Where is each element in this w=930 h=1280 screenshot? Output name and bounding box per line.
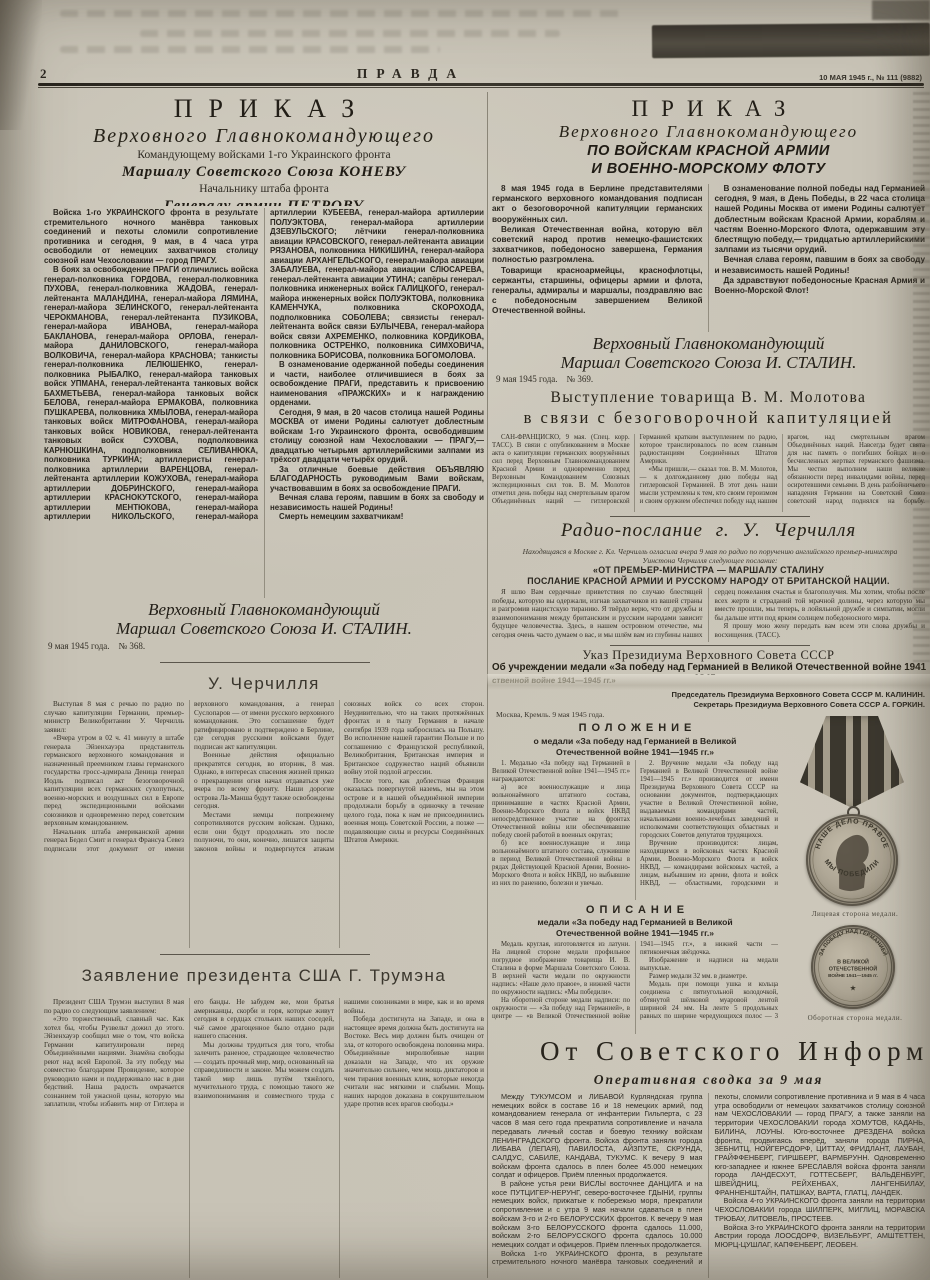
- paragraph: В ознаменование одержанной победы соедин…: [270, 360, 484, 408]
- masthead-rule: [38, 83, 924, 89]
- ukaz-sign-gorkin: Секретарь Президиума Верховного Совета С…: [590, 700, 925, 710]
- section-divider: [160, 662, 370, 663]
- paragraph: Между ТУКУМСОМ и ЛИБАВОЙ Курляндская гру…: [492, 1093, 703, 1180]
- order-369-dateline: 9 мая 1945 года. № 369.: [496, 374, 796, 385]
- signature-name: Маршал Советского Союза И. СТАЛИН.: [492, 353, 925, 372]
- order-368-addressee-3: Начальнику штаба фронта: [44, 182, 484, 197]
- signature-name: Маршал Советского Союза И. СТАЛИН.: [44, 619, 484, 638]
- ghost-line: [60, 46, 440, 53]
- paragraph: В ознаменование полной победы над Герман…: [715, 184, 926, 255]
- newspaper-page: 2 ПРАВДА 10 МАЯ 1945 г., № 111 (9882) ПР…: [0, 0, 930, 1280]
- molotov-headline-2: в связи с безоговорочной капитуляцией Ге…: [492, 407, 925, 432]
- section-divider: [610, 516, 810, 517]
- paragraph: Вечная слава героям, павшим в боях за св…: [715, 255, 926, 275]
- scan-duplicate-text: ственной войне 1941—1945 гг.»: [492, 676, 793, 685]
- page-edge-shadow: [0, 0, 42, 130]
- paragraph: Выступая 8 мая с речью по радио по случа…: [44, 700, 184, 734]
- polozhenie-subtitle-1: о медали «За победу над Германией в Вели…: [492, 736, 778, 747]
- medal-obverse-icon: НАШЕ ДЕЛО ПРАВОЕ МЫ ПОБЕДИЛИ: [806, 814, 898, 906]
- paragraph: 8 мая 1945 года в Берлине представителям…: [492, 184, 703, 225]
- page-number: 2: [40, 66, 100, 82]
- radio-caps-line-2: ПОСЛАНИЕ КРАСНОЙ АРМИИ И РУССКОМУ НАРОДУ…: [492, 576, 925, 587]
- paragraph: Да здравствуют победоносные Красная Арми…: [715, 276, 926, 296]
- truman-headline: Заявление президента США Г. Трумэна: [44, 966, 484, 990]
- paragraph: Войска 3-го УКРАИНСКОГО фронта заняли на…: [715, 1224, 926, 1250]
- ghost-line: [140, 30, 560, 37]
- sovinformburo-headline: От Советского Информбюро: [540, 1036, 930, 1070]
- order-369-body: 8 мая 1945 года в Берлине представителям…: [492, 184, 925, 332]
- order-368-addressee-2: Маршалу Советского Союза КОНЕВУ: [44, 163, 484, 182]
- churchill-speech-headline: У. Черчилля: [44, 674, 484, 696]
- order-368-headline: ПРИКАЗ Верховного Главнокомандующего Ком…: [44, 94, 484, 206]
- rule-thick: [38, 83, 924, 86]
- medal-obverse-figure: НАШЕ ДЕЛО ПРАВОЕ МЫ ПОБЕДИЛИ: [806, 814, 898, 906]
- order-368-addressee-4: Генералу армии ПЕТРОВУ: [44, 197, 484, 206]
- medal-ribbon-mount: [800, 716, 904, 808]
- molotov-headline: Выступление товарища В. М. Молотова в св…: [492, 388, 925, 432]
- stalin-profile-silhouette: [836, 835, 869, 891]
- order-369-kicker: ПРИКАЗ: [492, 96, 925, 122]
- paragraph: Я прошу мою жену передать вам всем эти с…: [715, 622, 926, 639]
- paragraph: Великая Отечественная война, которую вёл…: [492, 225, 703, 266]
- paragraph: Сегодня, 9 мая, в 20 часов столица нашей…: [270, 408, 484, 465]
- order-368-body: Войска 1-го УКРАИНСКОГО фронта в результ…: [44, 208, 484, 598]
- order-368-kicker: ПРИКАЗ: [44, 94, 484, 124]
- medal-reverse-center-1: В ВЕЛИКОЙ: [837, 958, 869, 966]
- signature-title: Верховный Главнокомандующий: [44, 600, 484, 619]
- molotov-body: САН-ФРАНЦИСКО, 9 мая. (Спец. корр. ТАСС)…: [492, 434, 925, 512]
- ukaz-signatures: Председатель Президиума Верховного Совет…: [590, 690, 925, 712]
- radio-message-headline: Радио-послание г. У. Черчилля: [492, 520, 925, 545]
- order-369-headline: ПРИКАЗ Верховного Главнокомандующего ПО …: [492, 96, 925, 182]
- paragraph: Размер медали 32 мм. в диаметре.: [640, 973, 778, 981]
- sovinformburo-body: Между ТУКУМСОМ и ЛИБАВОЙ Курляндская гру…: [492, 1093, 925, 1278]
- newspaper-title: ПРАВДА: [100, 66, 722, 82]
- ukaz-title: Указ Президиума Верховного Совета СССР: [492, 648, 925, 662]
- opisanie-subtitle-2: Отечественной войне 1941—1945 гг.»: [492, 928, 778, 939]
- opisanie-subtitle-1: медали «За победу над Германией в Велико…: [492, 917, 778, 928]
- paragraph: Изображение и надписи на медали выпуклые…: [640, 957, 778, 973]
- radio-caps-line-1: «ОТ ПРЕМЬЕР-МИНИСТРА — МАРШАЛУ СТАЛИНУ: [492, 565, 925, 576]
- paragraph: Медаль круглая, изготовляется из латуни.…: [492, 941, 630, 997]
- paragraph: Войска 1-го УКРАИНСКОГО фронта в результ…: [44, 208, 258, 265]
- paragraph: Товарищи красноармейцы, краснофлотцы, се…: [492, 266, 703, 317]
- ukaz-sign-kalinin: Председатель Президиума Верховного Совет…: [590, 690, 925, 700]
- medal-reverse-center-2: ОТЕЧЕСТВЕННОЙ: [829, 964, 878, 972]
- order-369-line-navy: И ВОЕННО-МОРСКОМУ ФЛОТУ: [492, 160, 925, 178]
- molotov-headline-1: Выступление товарища В. М. Молотова: [492, 388, 925, 407]
- order-368-subtitle: Верховного Главнокомандующего: [44, 124, 484, 148]
- radio-message-subtitle: Находящаяся в Москве г. Кл. Черчилль огл…: [520, 547, 900, 565]
- polozhenie-subtitle: о медали «За победу над Германией в Вели…: [492, 736, 778, 758]
- paragraph: За отличные боевые действия ОБЪЯВЛЯЮ БЛА…: [270, 465, 484, 494]
- polozhenie-body: 1. Медалью «За победу над Германией в Ве…: [492, 760, 778, 900]
- medal-reverse-icon: ЗА ПОБЕДУ НАД ГЕРМАНИЕЙ В ВЕЛИКОЙ ОТЕЧЕС…: [811, 925, 895, 1009]
- medal-reverse-caption: Оборотная сторона медали.: [782, 1014, 928, 1025]
- polozhenie-subtitle-2: Отечественной войне 1941—1945 гг.»: [492, 747, 778, 758]
- paragraph: Победа достигнута на Западе, и она в нас…: [344, 1015, 484, 1109]
- truman-body: Президент США Трумэн выступил 8 мая по р…: [44, 998, 484, 1278]
- paragraph: Вечная слава героям, павшим в боях за св…: [270, 493, 484, 512]
- order-368-addressee-1: Командующему войсками 1-го Украинского ф…: [44, 148, 484, 163]
- order-368-signature: Верховный Главнокомандующий Маршал Совет…: [44, 600, 484, 640]
- section-divider: [160, 954, 370, 955]
- opisanie-body: Медаль круглая, изготовляется из латуни.…: [492, 941, 778, 1034]
- issue-date: 10 МАЯ 1945 г., № 111 (9882): [722, 73, 922, 82]
- sovinformburo-subtitle: Оперативная сводка за 9 мая: [492, 1072, 925, 1089]
- polozhenie-heading: ПОЛОЖЕНИЕ: [492, 722, 778, 735]
- section-divider: [610, 645, 810, 646]
- svg-text:ЗА ПОБЕДУ НАД ГЕРМАНИЕЙ: ЗА ПОБЕДУ НАД ГЕРМАНИЕЙ: [818, 929, 889, 957]
- star-icon: ★: [850, 984, 857, 993]
- scan-dark-band: [652, 23, 930, 58]
- ghost-line: [60, 10, 620, 17]
- scan-dark-corner: [872, 0, 930, 20]
- order-369-subtitle: Верховного Главнокомандующего: [492, 122, 925, 142]
- churchill-speech-body: Выступая 8 мая с речью по радио по случа…: [44, 700, 484, 948]
- paragraph: б) все военнослужащие и лица вольнонаёмн…: [492, 840, 630, 888]
- paragraph: «Вчера утром в 02 ч. 41 минуту в штабе г…: [44, 734, 184, 828]
- paragraph: 1. Медалью «За победу над Германией в Ве…: [492, 760, 630, 784]
- medal-obverse-caption: Лицевая сторона медали.: [782, 910, 928, 921]
- rule-thin: [38, 87, 924, 88]
- order-368-dateline: 9 мая 1945 года. № 368.: [48, 641, 348, 653]
- signature-title: Верховный Главнокомандующий: [492, 334, 925, 353]
- medal-reverse-figure: ЗА ПОБЕДУ НАД ГЕРМАНИЕЙ В ВЕЛИКОЙ ОТЕЧЕС…: [811, 925, 895, 1009]
- paragraph: а) все военнослужащие и лица вольнонаёмн…: [492, 784, 630, 840]
- radio-message-body: Я шлю Вам сердечные приветствия по случа…: [492, 588, 925, 642]
- radio-message-caps: «ОТ ПРЕМЬЕР-МИНИСТРА — МАРШАЛУ СТАЛИНУ П…: [492, 565, 925, 586]
- paragraph: Смерть немецким захватчикам!: [270, 512, 484, 522]
- opisanie-subtitle: медали «За победу над Германией в Велико…: [492, 917, 778, 939]
- ukaz-place-date: Москва, Кремль. 9 мая 1945 года.: [496, 710, 676, 721]
- opisanie-heading: ОПИСАНИЕ: [492, 904, 778, 917]
- masthead: 2 ПРАВДА 10 МАЯ 1945 г., № 111 (9882): [40, 60, 922, 82]
- paragraph: После того, как доблестная Франция оказа…: [344, 777, 484, 845]
- paragraph: В районе устья реки ВИСЛЫ восточнее ДАНЦ…: [492, 1180, 703, 1250]
- paragraph: 2. Вручение медали «За победу над Герман…: [640, 760, 778, 840]
- order-369-signature: Верховный Главнокомандующий Маршал Совет…: [492, 334, 925, 374]
- order-369-line-army: ПО ВОЙСКАМ КРАСНОЙ АРМИИ: [492, 142, 925, 160]
- paragraph: Президент США Трумэн выступил 8 мая по р…: [44, 998, 184, 1015]
- medal-reverse-arc-text: ЗА ПОБЕДУ НАД ГЕРМАНИЕЙ: [818, 929, 889, 957]
- paragraph: Войска 4-го УКРАИНСКОГО фронта заняли на…: [715, 1197, 926, 1223]
- paragraph: Военные действия официально прекратятся …: [194, 751, 334, 811]
